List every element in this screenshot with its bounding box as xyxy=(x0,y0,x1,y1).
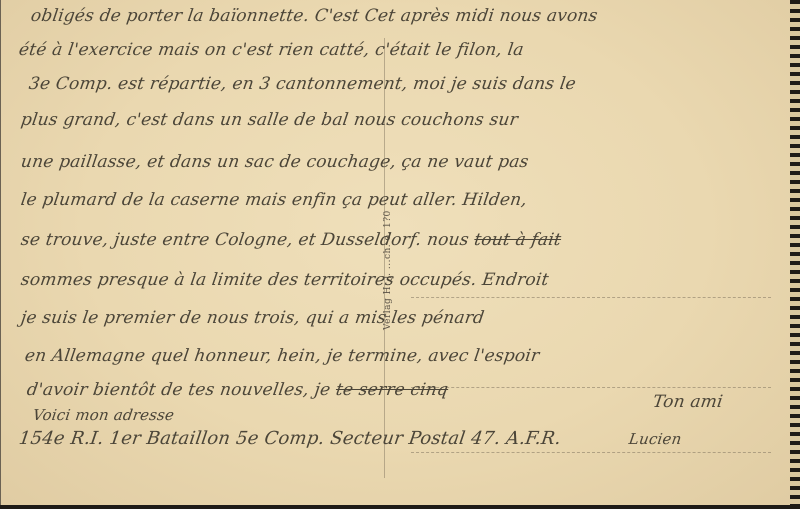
handwritten-line: le plumard de la caserne mais enfin ça p… xyxy=(20,190,529,210)
perforated-edge xyxy=(790,0,800,509)
handwritten-line: en Allemagne quel honneur, hein, je term… xyxy=(24,346,541,366)
struck-text: te serre cinq xyxy=(335,380,450,400)
address-intro: Voici mon adresse xyxy=(32,406,176,424)
handwritten-line: été à l'exercice mais on c'est rien catt… xyxy=(18,40,526,60)
handwritten-line: sommes presque à la limite des territoir… xyxy=(20,270,550,290)
address-line xyxy=(411,387,771,388)
struck-text: tout à fait xyxy=(473,230,562,250)
handwritten-line: une paillasse, et dans un sac de couchag… xyxy=(20,152,530,172)
signature: Lucien xyxy=(628,430,683,448)
line-text: d'avoir bientôt de tes nouvelles, je xyxy=(26,380,332,400)
military-address: 154e R.I. 1er Bataillon 5e Comp. Secteur… xyxy=(18,428,563,449)
address-line xyxy=(411,452,771,453)
card-edge xyxy=(0,505,800,509)
closing-text: Ton ami xyxy=(652,392,725,412)
handwritten-line: obligés de porter la baïonnette. C'est C… xyxy=(30,6,599,26)
address-line xyxy=(411,297,771,298)
line-text: se trouve, juste entre Cologne, et Dusse… xyxy=(20,230,471,250)
handwritten-line: d'avoir bientôt de tes nouvelles, je te … xyxy=(26,380,450,400)
handwritten-line: se trouve, juste entre Cologne, et Dusse… xyxy=(20,230,563,250)
handwritten-line: je suis le premier de nous trois, qui a … xyxy=(20,308,486,328)
handwritten-line: plus grand, c'est dans un salle de bal n… xyxy=(20,110,520,130)
handwritten-line: 3e Comp. est répartie, en 3 cantonnement… xyxy=(28,74,578,94)
postcard: Verlag H. J. ...ch. o. 1?0 obligés de po… xyxy=(0,0,791,505)
